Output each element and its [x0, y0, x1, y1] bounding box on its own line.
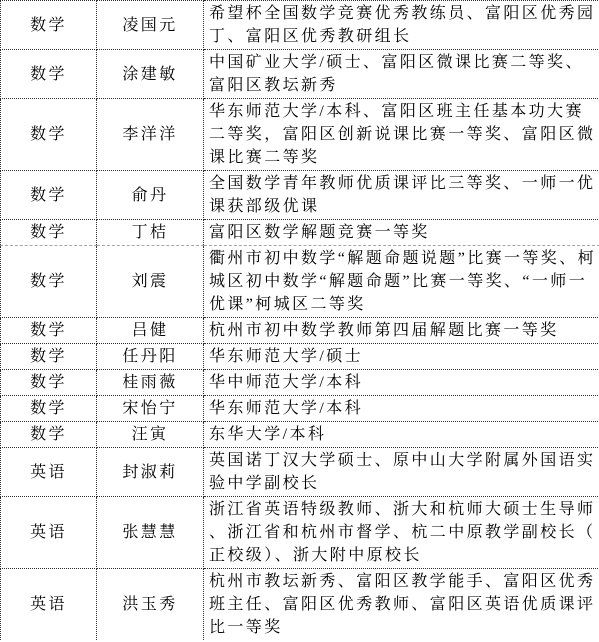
- table-row: 数学 汪寅 东华大学/本科: [1, 422, 599, 448]
- document-page: 数学 凌国元 希望杯全国数学竞赛优秀教练员、富阳区优秀园丁、富阳区优秀教研组长 …: [0, 0, 599, 642]
- subject-cell: 数学: [1, 50, 97, 99]
- name-cell: 刘震: [97, 246, 204, 318]
- subject-cell: 英语: [1, 448, 97, 497]
- subject-cell: 数学: [1, 99, 97, 171]
- name-cell: 张慧慧: [97, 497, 204, 569]
- achievements-cell: 华东师范大学/本科、富阳区班主任基本功大赛二等奖，富阳区创新说课比赛一等奖、富阳…: [204, 99, 599, 171]
- subject-cell: 数学: [1, 370, 97, 396]
- table-row: 数学 涂建敏 中国矿业大学/硕士、富阳区微课比赛二等奖、富阳区教坛新秀: [1, 50, 599, 99]
- achievements-cell: 华中师范大学/本科: [204, 370, 599, 396]
- achievements-cell: 希望杯全国数学竞赛优秀教练员、富阳区优秀园丁、富阳区优秀教研组长: [204, 1, 599, 50]
- name-cell: 俞丹: [97, 171, 204, 220]
- table-row: 英语 张慧慧 浙江省英语特级教师、浙大和杭师大硕士生导师、浙江省和杭州市督学、杭…: [1, 497, 599, 569]
- table-row: 英语 封淑莉 英国诺丁汉大学硕士、原中山大学附属外国语实验中学副校长: [1, 448, 599, 497]
- subject-cell: 英语: [1, 497, 97, 569]
- table-row: 数学 桂雨薇 华中师范大学/本科: [1, 370, 599, 396]
- achievements-cell: 中国矿业大学/硕士、富阳区微课比赛二等奖、富阳区教坛新秀: [204, 50, 599, 99]
- subject-cell: 数学: [1, 344, 97, 370]
- achievements-cell: 华东师范大学/硕士: [204, 344, 599, 370]
- teacher-roster-table: 数学 凌国元 希望杯全国数学竞赛优秀教练员、富阳区优秀园丁、富阳区优秀教研组长 …: [0, 0, 599, 640]
- achievements-cell: 华东师范大学/本科: [204, 396, 599, 422]
- table-row: 数学 凌国元 希望杯全国数学竞赛优秀教练员、富阳区优秀园丁、富阳区优秀教研组长: [1, 1, 599, 50]
- name-cell: 丁桔: [97, 220, 204, 246]
- name-cell: 桂雨薇: [97, 370, 204, 396]
- name-cell: 封淑莉: [97, 448, 204, 497]
- subject-cell: 数学: [1, 1, 97, 50]
- subject-cell: 数学: [1, 318, 97, 344]
- table-row: 数学 任丹阳 华东师范大学/硕士: [1, 344, 599, 370]
- subject-cell: 数学: [1, 220, 97, 246]
- name-cell: 李洋洋: [97, 99, 204, 171]
- achievements-cell: 杭州市教坛新秀、富阳区教学能手、富阳区优秀班主任、富阳区优秀教师、富阳区英语优质…: [204, 569, 599, 641]
- table-row: 数学 刘震 衢州市初中数学“解题命题说题”比赛一等奖、柯城区初中数学“解题命题”…: [1, 246, 599, 318]
- table-row: 数学 俞丹 全国数学青年教师优质课评比三等奖、一师一优课获部级优课: [1, 171, 599, 220]
- name-cell: 凌国元: [97, 1, 204, 50]
- achievements-cell: 英国诺丁汉大学硕士、原中山大学附属外国语实验中学副校长: [204, 448, 599, 497]
- table-row-with-page-break-divider: 数学 丁桔 富阳区数学解题竞赛一等奖: [1, 220, 599, 246]
- name-cell: 吕健: [97, 318, 204, 344]
- subject-cell: 数学: [1, 246, 97, 318]
- name-cell: 汪寅: [97, 422, 204, 448]
- table-row: 数学 李洋洋 华东师范大学/本科、富阳区班主任基本功大赛二等奖，富阳区创新说课比…: [1, 99, 599, 171]
- subject-cell: 数学: [1, 422, 97, 448]
- name-cell: 任丹阳: [97, 344, 204, 370]
- name-cell: 洪玉秀: [97, 569, 204, 641]
- table-row: 数学 宋怡宁 华东师范大学/本科: [1, 396, 599, 422]
- table-row: 英语 洪玉秀 杭州市教坛新秀、富阳区教学能手、富阳区优秀班主任、富阳区优秀教师、…: [1, 569, 599, 641]
- achievements-cell: 浙江省英语特级教师、浙大和杭师大硕士生导师、浙江省和杭州市督学、杭二中原教学副校…: [204, 497, 599, 569]
- table-row: 数学 吕健 杭州市初中数学教师第四届解题比赛一等奖: [1, 318, 599, 344]
- achievements-cell: 全国数学青年教师优质课评比三等奖、一师一优课获部级优课: [204, 171, 599, 220]
- subject-cell: 数学: [1, 171, 97, 220]
- achievements-cell: 东华大学/本科: [204, 422, 599, 448]
- achievements-cell: 杭州市初中数学教师第四届解题比赛一等奖: [204, 318, 599, 344]
- achievements-cell: 衢州市初中数学“解题命题说题”比赛一等奖、柯城区初中数学“解题命题”比赛一等奖、…: [204, 246, 599, 318]
- name-cell: 宋怡宁: [97, 396, 204, 422]
- name-cell: 涂建敏: [97, 50, 204, 99]
- achievements-cell: 富阳区数学解题竞赛一等奖: [204, 220, 599, 246]
- subject-cell: 数学: [1, 396, 97, 422]
- subject-cell: 英语: [1, 569, 97, 641]
